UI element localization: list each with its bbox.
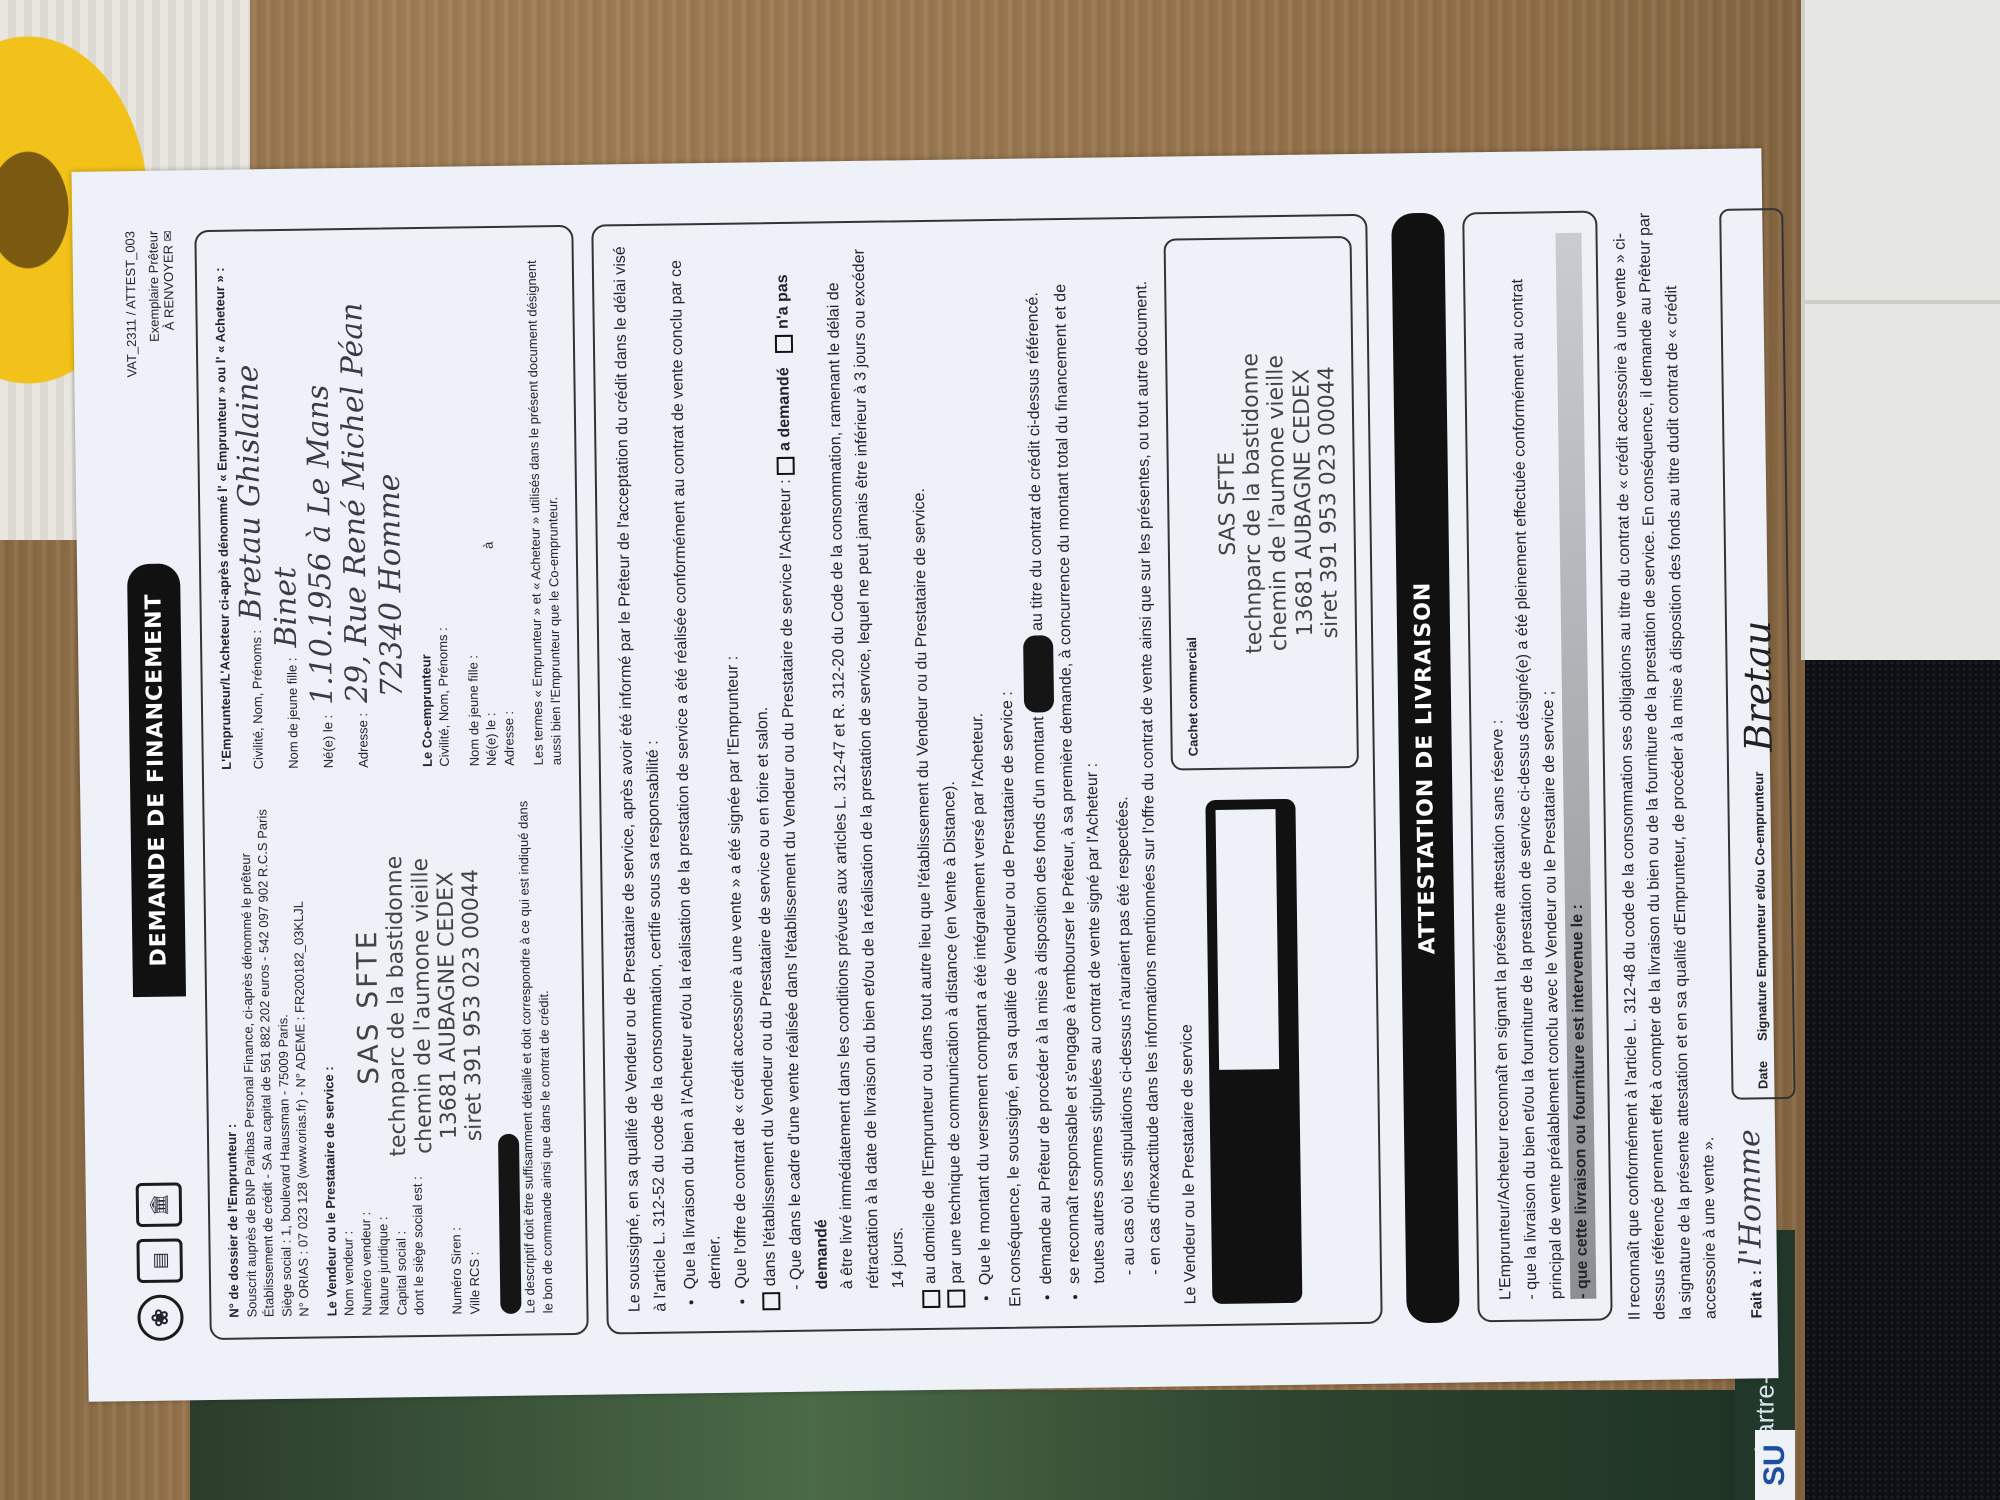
certification-section: Le soussigné, en sa qualité de Vendeur o… bbox=[592, 214, 1383, 1335]
magazine-logo: SU bbox=[1755, 1430, 1795, 1500]
commercial-stamp-label: Cachet commercial bbox=[1178, 252, 1203, 756]
form-title: DEMANDE DE FINANCEMENT bbox=[127, 563, 186, 997]
not-asked-checkbox[interactable] bbox=[775, 335, 793, 353]
vendor-stamp-name: SAS SFTE bbox=[350, 856, 386, 1157]
vendor-signature-label: Le Vendeur ou le Prestataire de service bbox=[1172, 800, 1205, 1304]
floor-tiles bbox=[1801, 0, 2000, 660]
document-photo: ❀ ▤ 🏛 DEMANDE DE FINANCEMENT VAT_2311 / … bbox=[75, 160, 1775, 1390]
financing-form: ❀ ▤ 🏛 DEMANDE DE FINANCEMENT VAT_2311 / … bbox=[71, 148, 1778, 1401]
head-office-label: dont le siège social est : bbox=[409, 1176, 428, 1315]
description-note: Le descriptif doit être suffisamment dét… bbox=[514, 795, 556, 1313]
civility-label: Civilité, Nom, Prénoms : bbox=[247, 630, 266, 770]
reference-block: VAT_2311 / ATTEST_003 Exemplaire Prêteur… bbox=[122, 230, 178, 377]
magazine bbox=[190, 1390, 1740, 1500]
attestation-section: L'Emprunteur/Acheteur reconnaît en signa… bbox=[1462, 211, 1612, 1323]
logo-block: ❀ ▤ 🏛 bbox=[136, 1182, 184, 1341]
borrower-signature-area[interactable]: Date Signature Emprunteur et/ou Co-empru… bbox=[1719, 208, 1795, 1100]
siren-label: Numéro Siren : bbox=[447, 1176, 466, 1315]
terms-note: Les termes « Emprunteur » et « Acheteur … bbox=[523, 247, 565, 765]
maiden-name-value: Binet bbox=[268, 567, 304, 648]
address-label: Adresse : bbox=[354, 713, 372, 768]
vendor-name-label: Nom vendeur : bbox=[339, 1177, 358, 1316]
borrower-signature: Bretau bbox=[1735, 620, 1781, 752]
envelope-icon: ✉ bbox=[160, 230, 175, 241]
document-header: ❀ ▤ 🏛 DEMANDE DE FINANCEMENT VAT_2311 / … bbox=[122, 230, 191, 1341]
done-at-value: l'Homme bbox=[1732, 1129, 1769, 1266]
amount-redacted: █████ bbox=[1023, 635, 1054, 712]
establishment-checkbox[interactable] bbox=[762, 1292, 780, 1310]
vendor-fields: Nom vendeur : Numéro vendeur : Nature ju… bbox=[334, 796, 491, 1316]
card-icon: ▤ bbox=[136, 1238, 183, 1283]
bank-logo-icon: ❀ bbox=[137, 1294, 184, 1341]
borrower-address-row: Adresse : 29, Rue René Michel Péan bbox=[333, 250, 375, 768]
sub-clause-detail: à être livré immédiatement dans les cond… bbox=[821, 242, 913, 1309]
vendor-labels: Nom vendeur : Numéro vendeur : Nature ju… bbox=[339, 1175, 490, 1316]
vendor-signature-box[interactable] bbox=[1205, 799, 1302, 1304]
birth-label: Né(e) le : bbox=[319, 715, 337, 769]
commercial-stamp: SAS SFTE technparc de la bastidonne chem… bbox=[1212, 250, 1346, 756]
civility-value: Bretau Ghislaine bbox=[230, 364, 269, 620]
dossier-vendor-column: N° de dossier de l'Emprunteur : Souscrit… bbox=[218, 795, 573, 1318]
certification-list: Que la livraison du bien à l'Acheteur et… bbox=[663, 245, 755, 1312]
capital-label: Capital social : bbox=[391, 1176, 410, 1315]
consequence-list: demande au Prêteur de procéder à la mise… bbox=[1018, 240, 1114, 1307]
legal-form-label: Nature juridique : bbox=[374, 1177, 393, 1316]
reference-code: VAT_2311 / ATTEST_003 bbox=[122, 231, 139, 378]
address-line1: 29, Rue René Michel Péan bbox=[334, 302, 375, 703]
black-bag bbox=[1805, 660, 2000, 1500]
vendor-stamp: SAS SFTE technparc de la bastidonne chem… bbox=[350, 855, 488, 1158]
certification-intro: Le soussigné, en sa qualité de Vendeur o… bbox=[608, 246, 674, 1313]
birth-value: 1.10.1956 à Le Mans bbox=[300, 385, 339, 706]
borrower-column: L'Emprunteur/L'Acheteur ci-après dénommé… bbox=[211, 247, 566, 770]
done-at-field: Fait à : l'Homme bbox=[1732, 1129, 1770, 1319]
parties-section: N° de dossier de l'Emprunteur : Souscrit… bbox=[194, 225, 589, 1340]
vendor-stamp-line: siret 391 953 023 00044 bbox=[458, 855, 487, 1156]
address-line2: 72340 Homme bbox=[368, 249, 410, 767]
signature-label: Signature Emprunteur et/ou Co-emprunteur bbox=[1750, 771, 1771, 1041]
return-label: À RENVOYER ✉ bbox=[160, 230, 178, 377]
vendor-signature-area: Le Vendeur ou le Prestataire de service bbox=[1172, 799, 1303, 1305]
vendor-stamp-line: technparc de la bastidonne bbox=[383, 856, 412, 1157]
attestation-title: ATTESTATION DE LIVRAISON bbox=[1391, 213, 1459, 1324]
home-checkbox[interactable] bbox=[922, 1290, 940, 1308]
rcs-city-label: Ville RCS : bbox=[464, 1175, 483, 1314]
building-icon: 🏛 bbox=[136, 1182, 183, 1227]
vendor-signature-row: Le Vendeur ou le Prestataire de service … bbox=[1164, 236, 1367, 1305]
date-label: Date bbox=[1754, 1061, 1772, 1089]
distance-checkbox[interactable] bbox=[947, 1289, 965, 1307]
maiden-name-label: Nom de jeune fille : bbox=[283, 657, 302, 769]
vendor-number-label: Numéro vendeur : bbox=[356, 1177, 375, 1316]
attestation-paragraph: Il reconnaît que conformément à l'articl… bbox=[1607, 209, 1725, 1320]
commercial-stamp-box: Cachet commercial SAS SFTE technparc de … bbox=[1164, 236, 1359, 771]
asked-checkbox[interactable] bbox=[776, 457, 794, 475]
